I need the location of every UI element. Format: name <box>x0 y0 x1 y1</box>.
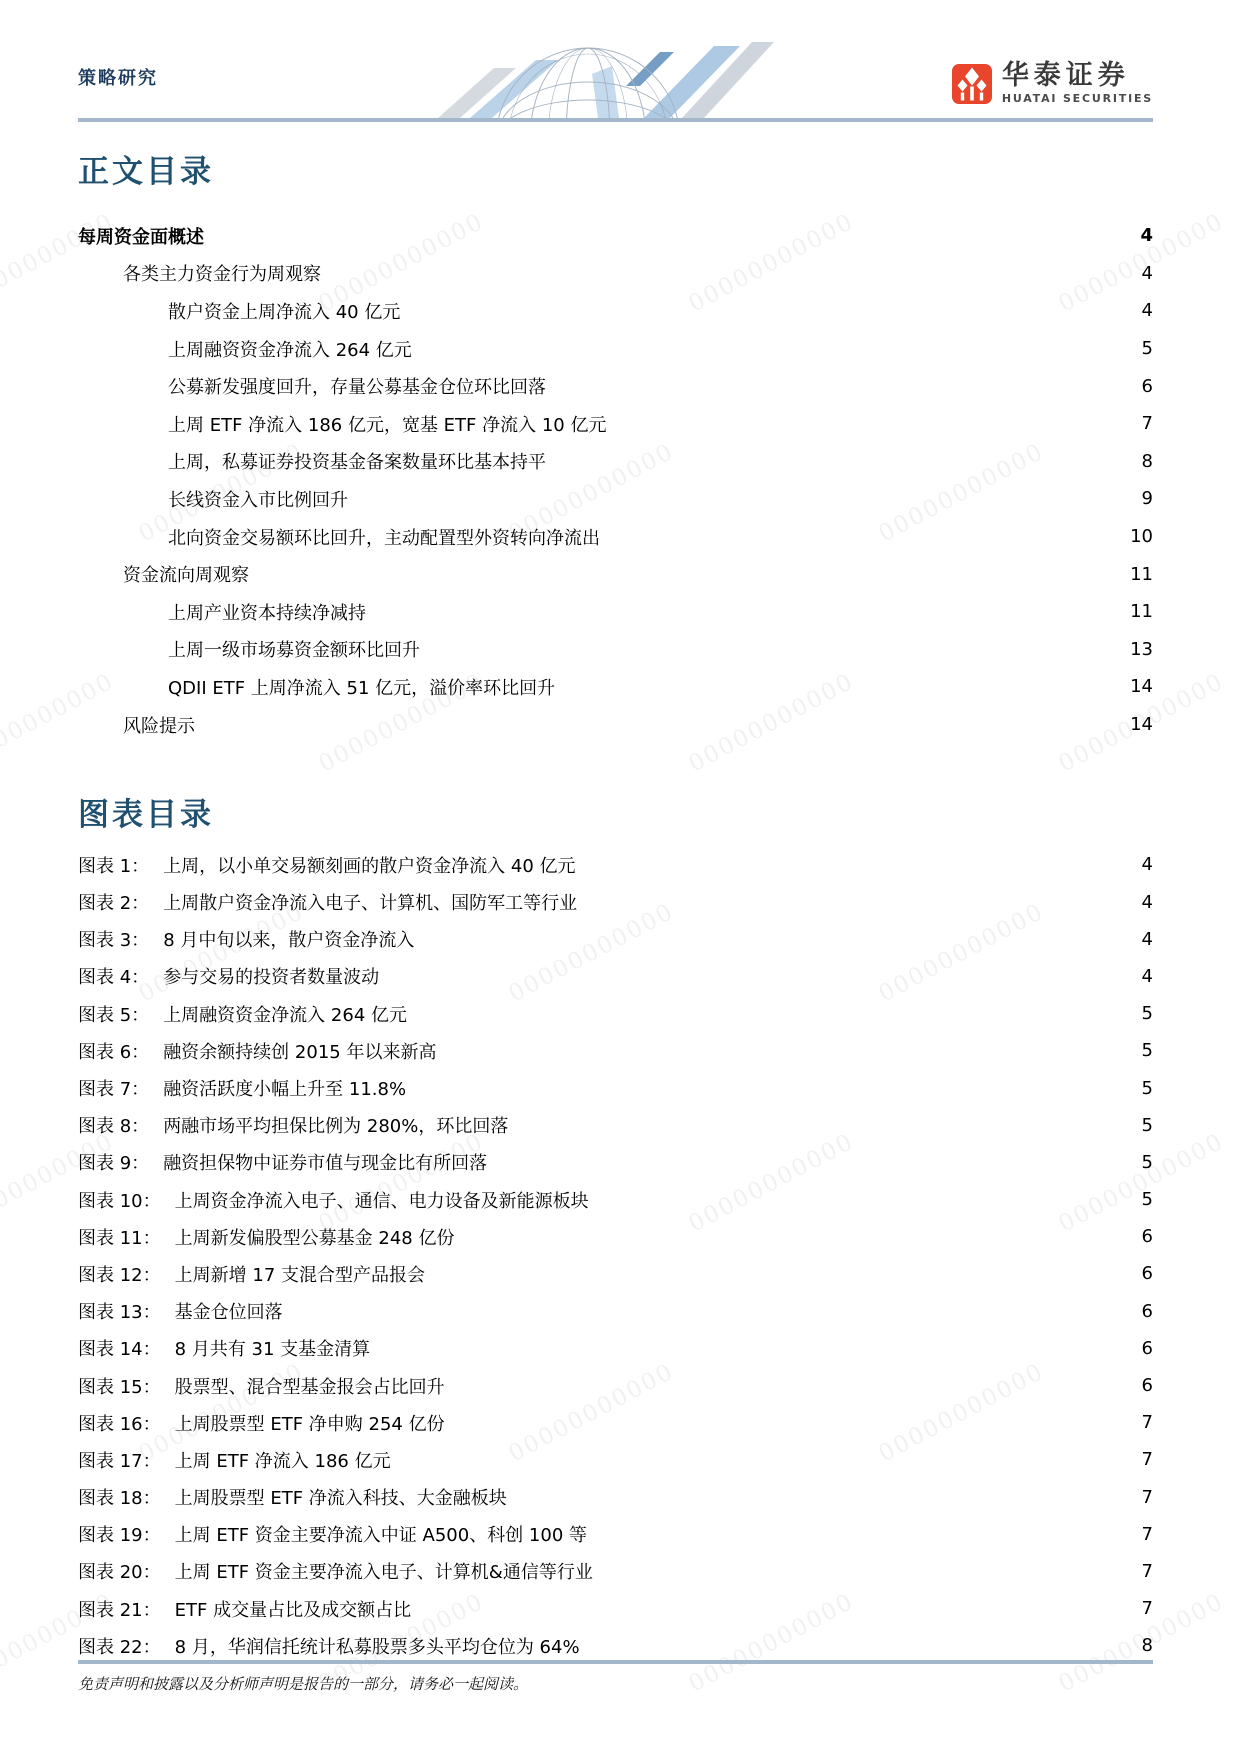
toc-entry[interactable]: 散户资金上周净流入 40 亿元 4 <box>78 292 1153 330</box>
figure-entry-label: 基金仓位回落 <box>175 1298 283 1324</box>
figure-entry-label: 上周资金净流入电子、通信、电力设备及新能源板块 <box>175 1187 589 1213</box>
figure-entry-label: 两融市场平均担保比例为 280%，环比回落 <box>163 1112 508 1138</box>
page-footer: 免责声明和披露以及分析师声明是报告的一部分，请务必一起阅读。 <box>78 1660 1153 1694</box>
figure-entry-label: 融资活跃度小幅上升至 11.8% <box>163 1075 406 1101</box>
toc-entry-label: 资金流向周观察 <box>123 561 249 587</box>
figure-entry[interactable]: 图表 15： 股票型、混合型基金报会占比回升 6 <box>78 1367 1153 1404</box>
toc-entry-page: 9 <box>1142 488 1153 509</box>
figure-entry-page: 7 <box>1142 1598 1153 1619</box>
figure-entry-label: 上周股票型 ETF 净流入科技、大金融板块 <box>175 1484 507 1510</box>
toc-entry-label: 每周资金面概述 <box>78 223 204 249</box>
figure-entry[interactable]: 图表 18： 上周股票型 ETF 净流入科技、大金融板块 7 <box>78 1479 1153 1516</box>
figure-entry[interactable]: 图表 1： 上周，以小单交易额刻画的散户资金净流入 40 亿元 4 <box>78 846 1153 883</box>
figure-entry-page: 5 <box>1142 1078 1153 1099</box>
figure-section-title: 图表目录 <box>78 789 1153 834</box>
figure-entry[interactable]: 图表 10： 上周资金净流入电子、通信、电力设备及新能源板块 5 <box>78 1181 1153 1218</box>
figure-entry-page: 7 <box>1142 1487 1153 1508</box>
toc-entry-label: 长线资金入市比例回升 <box>168 486 348 512</box>
figure-entry-page: 6 <box>1142 1338 1153 1359</box>
figure-entry[interactable]: 图表 12： 上周新增 17 支混合型产品报会 6 <box>78 1255 1153 1292</box>
figure-entry[interactable]: 图表 9： 融资担保物中证券市值与现金比有所回落 5 <box>78 1144 1153 1181</box>
figure-entry[interactable]: 图表 22： 8 月，华润信托统计私募股票多头平均仓位为 64% 8 <box>78 1627 1153 1664</box>
figure-entry[interactable]: 图表 21： ETF 成交量占比及成交额占比 7 <box>78 1590 1153 1627</box>
figure-entry-page: 4 <box>1142 929 1153 950</box>
footer-divider <box>78 1660 1153 1664</box>
figure-entry-number: 图表 20： <box>78 1558 161 1584</box>
figure-entry-number: 图表 15： <box>78 1373 161 1399</box>
figure-entry-page: 5 <box>1142 1115 1153 1136</box>
toc-page-content: 正文目录 每周资金面概述 4 各类主力资金行为周观察 4 散户资金上周净流入 4… <box>78 122 1153 1664</box>
figure-entry-page: 5 <box>1142 1003 1153 1024</box>
figure-entry-label: 融资余额持续创 2015 年以来新高 <box>163 1038 436 1064</box>
toc-entry[interactable]: 公募新发强度回升，存量公募基金仓位环比回落 6 <box>78 367 1153 405</box>
toc-entry-page: 4 <box>1140 225 1153 246</box>
toc-entry-page: 4 <box>1142 300 1153 321</box>
globe-wireframe-icon <box>420 12 780 118</box>
toc-entry-label: 上周 ETF 净流入 186 亿元，宽基 ETF 净流入 10 亿元 <box>168 411 606 437</box>
globe-graphic <box>420 12 780 118</box>
figure-entry-label: 8 月，华润信托统计私募股票多头平均仓位为 64% <box>175 1633 580 1659</box>
page-header: 策略研究 <box>0 0 1240 122</box>
toc-entry[interactable]: 长线资金入市比例回升 9 <box>78 480 1153 518</box>
toc-entry-label: 散户资金上周净流入 40 亿元 <box>168 298 400 324</box>
figure-entry-number: 图表 3： <box>78 926 149 952</box>
toc-section-title: 正文目录 <box>78 146 1153 191</box>
figure-entry-number: 图表 2： <box>78 889 149 915</box>
brand-logo: 华泰证券 HUATAI SECURITIES <box>952 62 1153 105</box>
disclaimer-text: 免责声明和披露以及分析师声明是报告的一部分，请务必一起阅读。 <box>78 1673 1153 1694</box>
figure-entry-page: 4 <box>1142 966 1153 987</box>
figure-entry[interactable]: 图表 11： 上周新发偏股型公募基金 248 亿份 6 <box>78 1218 1153 1255</box>
figure-entry-label: 上周 ETF 资金主要净流入电子、计算机&通信等行业 <box>175 1558 593 1584</box>
figure-entry[interactable]: 图表 6： 融资余额持续创 2015 年以来新高 5 <box>78 1032 1153 1069</box>
figure-entry-number: 图表 14： <box>78 1335 161 1361</box>
toc-entry-page: 5 <box>1142 338 1153 359</box>
figure-entry-page: 7 <box>1142 1561 1153 1582</box>
figure-entry[interactable]: 图表 5： 上周融资资金净流入 264 亿元 5 <box>78 995 1153 1032</box>
figure-entry-page: 5 <box>1142 1189 1153 1210</box>
toc-entry[interactable]: 各类主力资金行为周观察 4 <box>78 255 1153 293</box>
figure-entry-label: 上周 ETF 资金主要净流入中证 A500、科创 100 等 <box>175 1521 587 1547</box>
figure-entry-number: 图表 8： <box>78 1112 149 1138</box>
figure-entry[interactable]: 图表 3： 8 月中旬以来，散户资金净流入 4 <box>78 921 1153 958</box>
toc-entry-label: 北向资金交易额环比回升，主动配置型外资转向净流出 <box>168 524 600 550</box>
figure-entry-number: 图表 5： <box>78 1001 149 1027</box>
figure-entry-label: 上周 ETF 净流入 186 亿元 <box>175 1447 391 1473</box>
toc-entry[interactable]: 上周融资资金净流入 264 亿元 5 <box>78 330 1153 368</box>
figure-entry[interactable]: 图表 16： 上周股票型 ETF 净申购 254 亿份 7 <box>78 1404 1153 1441</box>
figure-list: 图表 1： 上周，以小单交易额刻画的散户资金净流入 40 亿元 4 图表 2： … <box>78 846 1153 1664</box>
figure-entry-page: 5 <box>1142 1040 1153 1061</box>
figure-entry-number: 图表 19： <box>78 1521 161 1547</box>
figure-entry-page: 7 <box>1142 1524 1153 1545</box>
toc-entry[interactable]: QDII ETF 上周净流入 51 亿元，溢价率环比回升 14 <box>78 668 1153 706</box>
figure-entry-number: 图表 4： <box>78 963 149 989</box>
figure-entry-number: 图表 12： <box>78 1261 161 1287</box>
figure-entry-label: 上周散户资金净流入电子、计算机、国防军工等行业 <box>163 889 577 915</box>
figure-entry-label: 股票型、混合型基金报会占比回升 <box>175 1373 445 1399</box>
toc-entry-page: 11 <box>1130 601 1153 622</box>
figure-entry[interactable]: 图表 17： 上周 ETF 净流入 186 亿元 7 <box>78 1441 1153 1478</box>
toc-entry[interactable]: 上周 ETF 净流入 186 亿元，宽基 ETF 净流入 10 亿元 7 <box>78 405 1153 443</box>
report-category: 策略研究 <box>78 64 158 90</box>
toc-entry[interactable]: 上周产业资本持续净减持 11 <box>78 593 1153 631</box>
toc-entry-page: 8 <box>1142 451 1153 472</box>
toc-entry-page: 11 <box>1130 564 1153 585</box>
toc-entry-page: 10 <box>1130 526 1153 547</box>
figure-entry-number: 图表 11： <box>78 1224 161 1250</box>
figure-entry-number: 图表 1： <box>78 852 149 878</box>
huatai-logo-icon <box>952 64 992 104</box>
toc-entry-label: QDII ETF 上周净流入 51 亿元，溢价率环比回升 <box>168 674 555 700</box>
figure-entry-label: 上周新发偏股型公募基金 248 亿份 <box>175 1224 455 1250</box>
figure-entry-label: 上周融资资金净流入 264 亿元 <box>163 1001 407 1027</box>
figure-entry-label: 上周新增 17 支混合型产品报会 <box>175 1261 425 1287</box>
toc-entry-label: 上周，私募证券投资基金备案数量环比基本持平 <box>168 448 546 474</box>
figure-entry-page: 5 <box>1142 1152 1153 1173</box>
brand-name-cn: 华泰证券 <box>1002 62 1153 90</box>
toc-entry-page: 7 <box>1142 413 1153 434</box>
toc-entry-label: 上周融资资金净流入 264 亿元 <box>168 336 412 362</box>
figure-entry-page: 6 <box>1142 1263 1153 1284</box>
toc-entry-label: 上周一级市场募资金额环比回升 <box>168 636 420 662</box>
brand-name-en: HUATAI SECURITIES <box>1002 92 1153 105</box>
toc-list: 每周资金面概述 4 各类主力资金行为周观察 4 散户资金上周净流入 40 亿元 … <box>78 217 1153 743</box>
figure-entry-number: 图表 9： <box>78 1149 149 1175</box>
figure-entry[interactable]: 图表 4： 参与交易的投资者数量波动 4 <box>78 958 1153 995</box>
toc-entry-label: 各类主力资金行为周观察 <box>123 260 321 286</box>
figure-entry-number: 图表 22： <box>78 1633 161 1659</box>
figure-entry-label: 8 月共有 31 支基金清算 <box>175 1335 371 1361</box>
figure-entry-number: 图表 10： <box>78 1187 161 1213</box>
figure-entry-page: 6 <box>1142 1226 1153 1247</box>
figure-entry-page: 4 <box>1142 854 1153 875</box>
toc-entry[interactable]: 每周资金面概述 4 <box>78 217 1153 255</box>
figure-entry-page: 6 <box>1142 1301 1153 1322</box>
figure-entry-label: 参与交易的投资者数量波动 <box>163 963 379 989</box>
brand-name: 华泰证券 HUATAI SECURITIES <box>1002 62 1153 105</box>
toc-entry-page: 4 <box>1142 263 1153 284</box>
toc-entry-page: 14 <box>1130 676 1153 697</box>
figure-entry[interactable]: 图表 7： 融资活跃度小幅上升至 11.8% 5 <box>78 1069 1153 1106</box>
figure-entry-label: 8 月中旬以来，散户资金净流入 <box>163 926 414 952</box>
toc-entry[interactable]: 上周一级市场募资金额环比回升 13 <box>78 631 1153 669</box>
figure-entry[interactable]: 图表 20： 上周 ETF 资金主要净流入电子、计算机&通信等行业 7 <box>78 1553 1153 1590</box>
figure-entry-label: 上周，以小单交易额刻画的散户资金净流入 40 亿元 <box>163 852 575 878</box>
toc-entry-label: 风险提示 <box>123 712 195 738</box>
figure-entry-number: 图表 13： <box>78 1298 161 1324</box>
figure-entry[interactable]: 图表 8： 两融市场平均担保比例为 280%，环比回落 5 <box>78 1107 1153 1144</box>
figure-entry-page: 8 <box>1142 1635 1153 1656</box>
figure-entry-number: 图表 18： <box>78 1484 161 1510</box>
figure-entry-number: 图表 17： <box>78 1447 161 1473</box>
toc-entry-page: 13 <box>1130 639 1153 660</box>
figure-entry-page: 7 <box>1142 1412 1153 1433</box>
toc-entry-page: 6 <box>1142 376 1153 397</box>
figure-entry-label: ETF 成交量占比及成交额占比 <box>175 1596 411 1622</box>
figure-entry-number: 图表 21： <box>78 1596 161 1622</box>
figure-entry-page: 4 <box>1142 892 1153 913</box>
toc-entry-label: 公募新发强度回升，存量公募基金仓位环比回落 <box>168 373 546 399</box>
toc-entry[interactable]: 上周，私募证券投资基金备案数量环比基本持平 8 <box>78 443 1153 481</box>
figure-entry-number: 图表 7： <box>78 1075 149 1101</box>
figure-entry-label: 融资担保物中证券市值与现金比有所回落 <box>163 1149 487 1175</box>
figure-entry-page: 7 <box>1142 1449 1153 1470</box>
toc-entry-page: 14 <box>1130 714 1153 735</box>
figure-entry-number: 图表 6： <box>78 1038 149 1064</box>
figure-entry-number: 图表 16： <box>78 1410 161 1436</box>
figure-entry[interactable]: 图表 2： 上周散户资金净流入电子、计算机、国防军工等行业 4 <box>78 884 1153 921</box>
figure-entry-page: 6 <box>1142 1375 1153 1396</box>
header-divider <box>78 118 1153 122</box>
toc-entry[interactable]: 风险提示 14 <box>78 706 1153 744</box>
figure-entry[interactable]: 图表 13： 基金仓位回落 6 <box>78 1293 1153 1330</box>
toc-entry[interactable]: 资金流向周观察 11 <box>78 555 1153 593</box>
toc-entry-label: 上周产业资本持续净减持 <box>168 599 366 625</box>
figure-entry[interactable]: 图表 19： 上周 ETF 资金主要净流入中证 A500、科创 100 等 7 <box>78 1516 1153 1553</box>
figure-entry-label: 上周股票型 ETF 净申购 254 亿份 <box>175 1410 445 1436</box>
toc-entry[interactable]: 北向资金交易额环比回升，主动配置型外资转向净流出 10 <box>78 518 1153 556</box>
figure-entry[interactable]: 图表 14： 8 月共有 31 支基金清算 6 <box>78 1330 1153 1367</box>
